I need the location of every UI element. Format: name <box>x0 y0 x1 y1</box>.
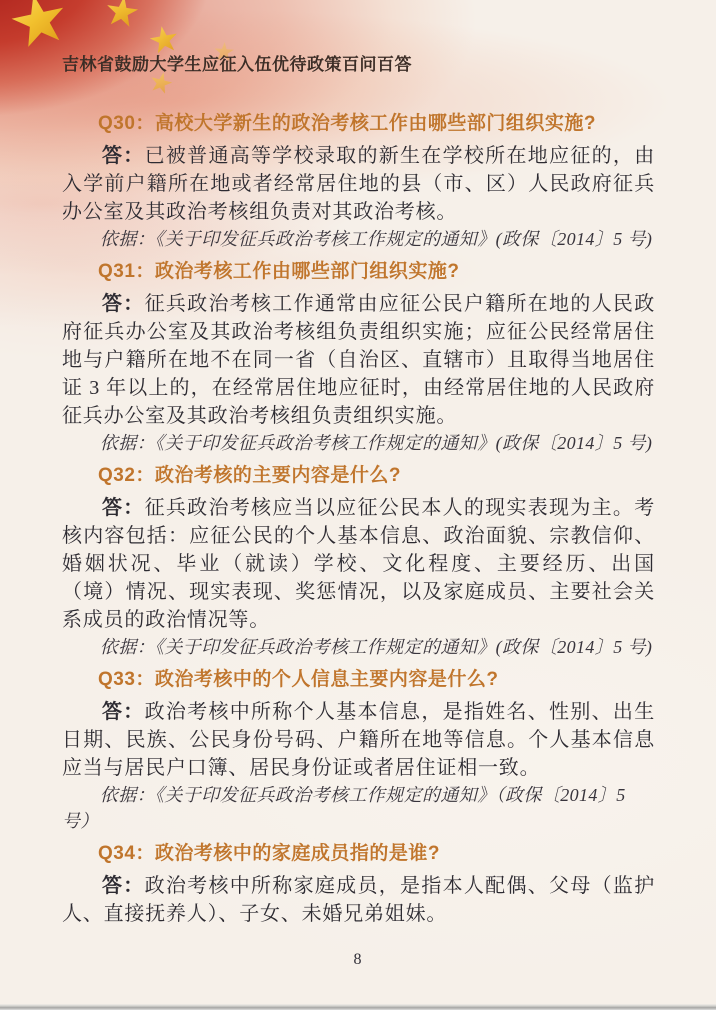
answer-text: 政治考核中所称个人基本信息，是指姓名、性别、出生日期、民族、公民身份号码、户籍所… <box>62 701 655 779</box>
answer-paragraph: 答：已被普通高等学校录取的新生在学校所在地应征的，由入学前户籍所在地或者经常居住… <box>62 142 655 226</box>
answer-label: 答： <box>102 497 145 519</box>
qa-block-q32: Q32：政治考核的主要内容是什么? 答：征兵政治考核应当以应征公民本人的现实表现… <box>62 464 655 660</box>
question-heading: Q31：政治考核工作由哪些部门组织实施? <box>62 260 655 284</box>
question-heading: Q33：政治考核中的个人信息主要内容是什么? <box>62 668 655 692</box>
qa-block-q31: Q31：政治考核工作由哪些部门组织实施? 答：征兵政治考核工作通常由应征公民户籍… <box>62 260 655 456</box>
answer-text: 已被普通高等学校录取的新生在学校所在地应征的，由入学前户籍所在地或者经常居住地的… <box>62 145 655 223</box>
answer-paragraph: 答：政治考核中所称个人基本信息，是指姓名、性别、出生日期、民族、公民身份号码、户… <box>62 698 655 782</box>
answer-label: 答： <box>102 293 145 315</box>
reference-line: 依据：《关于印发征兵政治考核工作规定的通知》（政保〔2014〕5 号） <box>62 782 655 834</box>
question-heading: Q30：高校大学新生的政治考核工作由哪些部门组织实施? <box>62 112 655 136</box>
qa-block-q33: Q33：政治考核中的个人信息主要内容是什么? 答：政治考核中所称个人基本信息，是… <box>62 668 655 834</box>
page-bottom-edge <box>0 1004 716 1010</box>
answer-text: 政治考核中所称家庭成员，是指本人配偶、父母（监护人、直接抚养人）、子女、未婚兄弟… <box>62 875 655 925</box>
document-page: 吉林省鼓励大学生应征入伍优待政策百问百答 Q30：高校大学新生的政治考核工作由哪… <box>0 0 716 1010</box>
question-heading: Q34：政治考核中的家庭成员指的是谁? <box>62 842 655 866</box>
answer-label: 答： <box>102 875 145 897</box>
question-heading: Q32：政治考核的主要内容是什么? <box>62 464 655 488</box>
answer-text: 征兵政治考核应当以应征公民本人的现实表现为主。考核内容包括：应征公民的个人基本信… <box>62 497 655 631</box>
qa-block-q34: Q34：政治考核中的家庭成员指的是谁? 答：政治考核中所称家庭成员，是指本人配偶… <box>62 842 655 928</box>
answer-paragraph: 答：政治考核中所称家庭成员，是指本人配偶、父母（监护人、直接抚养人）、子女、未婚… <box>62 872 655 928</box>
reference-line: 依据：《关于印发征兵政治考核工作规定的通知》(政保〔2014〕5 号) <box>62 226 655 252</box>
answer-paragraph: 答：征兵政治考核应当以应征公民本人的现实表现为主。考核内容包括：应征公民的个人基… <box>62 494 655 634</box>
page-content: 吉林省鼓励大学生应征入伍优待政策百问百答 Q30：高校大学新生的政治考核工作由哪… <box>62 0 655 928</box>
reference-line: 依据：《关于印发征兵政治考核工作规定的通知》(政保〔2014〕5 号) <box>62 430 655 456</box>
answer-label: 答： <box>102 145 145 167</box>
document-title: 吉林省鼓励大学生应征入伍优待政策百问百答 <box>62 0 655 76</box>
reference-line: 依据：《关于印发征兵政治考核工作规定的通知》(政保〔2014〕5 号) <box>62 634 655 660</box>
answer-label: 答： <box>102 701 145 723</box>
qa-block-q30: Q30：高校大学新生的政治考核工作由哪些部门组织实施? 答：已被普通高等学校录取… <box>62 112 655 252</box>
page-number: 8 <box>0 951 716 969</box>
answer-text: 征兵政治考核工作通常由应征公民户籍所在地的人民政府征兵办公室及其政治考核组负责组… <box>62 293 655 427</box>
answer-paragraph: 答：征兵政治考核工作通常由应征公民户籍所在地的人民政府征兵办公室及其政治考核组负… <box>62 290 655 430</box>
